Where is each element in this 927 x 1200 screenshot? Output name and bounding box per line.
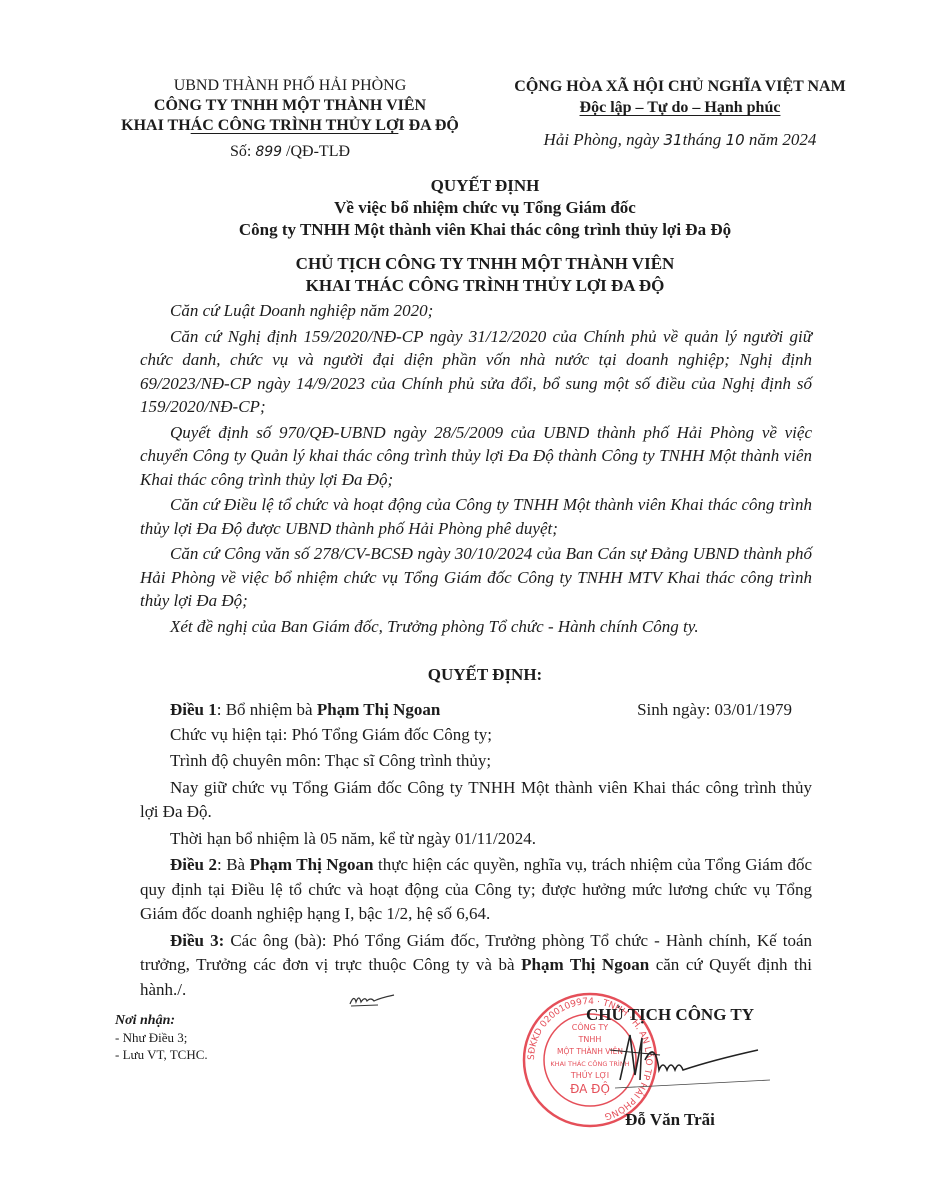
article-3-name: Phạm Thị Ngoan xyxy=(521,955,649,974)
company-name-line2-prefix: KHAI TH xyxy=(121,117,191,134)
issuing-organization-header: UBND THÀNH PHỐ HẢI PHÒNG CÔNG TY TNHH MỘ… xyxy=(90,76,490,162)
initials-mark-icon xyxy=(348,990,398,1010)
issuer-line2: KHAI THÁC CÔNG TRÌNH THỦY LỢI ĐA ĐỘ xyxy=(140,275,830,297)
article-2: Điều 2: Bà Phạm Thị Ngoan thực hiện các … xyxy=(140,853,812,927)
issuer-line1: CHỦ TỊCH CÔNG TY TNHH MỘT THÀNH VIÊN xyxy=(140,253,830,275)
document-title: QUYẾT ĐỊNH Về việc bổ nhiệm chức vụ Tổng… xyxy=(140,175,830,241)
company-name-line2-underlined: ÁC CÔNG TRÌNH THỦY LỢ xyxy=(191,117,399,134)
signer-title: CHỦ TỊCH CÔNG TY xyxy=(555,1005,785,1025)
document-number: Số: 899 /QĐ-TLĐ xyxy=(90,142,490,162)
legal-basis-item: Quyết định số 970/QĐ-UBND ngày 28/5/2009… xyxy=(140,421,812,492)
title-subject-line2: Công ty TNHH Một thành viên Khai thác cô… xyxy=(140,219,830,241)
date-month-label: tháng xyxy=(683,130,722,149)
current-position: Chức vụ hiện tại: Phó Tổng Giám đốc Công… xyxy=(140,723,812,748)
recipients-label: Nơi nhận: xyxy=(115,1012,208,1029)
title-subject-line1: Về việc bổ nhiệm chức vụ Tổng Giám đốc xyxy=(140,197,830,219)
company-name-line2: KHAI THÁC CÔNG TRÌNH THỦY LỢI ĐA ĐỘ xyxy=(90,116,490,136)
appointee-dob: Sinh ngày: 03/01/1979 xyxy=(637,698,812,723)
article-1-label: Điều 1 xyxy=(170,700,217,719)
company-name-line1: CÔNG TY TNHH MỘT THÀNH VIÊN xyxy=(90,96,490,116)
title-heading: QUYẾT ĐỊNH xyxy=(140,175,830,197)
article-2-label: Điều 2 xyxy=(170,855,217,874)
date-day: 31 xyxy=(663,131,682,149)
legal-basis-item: Căn cứ Điều lệ tổ chức và hoạt động của … xyxy=(140,493,812,540)
legal-basis-item: Xét đề nghị của Ban Giám đốc, Trưởng phò… xyxy=(140,615,812,639)
appointment-term: Thời hạn bổ nhiệm là 05 năm, kể từ ngày … xyxy=(140,827,812,852)
qualification: Trình độ chuyên môn: Thạc sĩ Công trình … xyxy=(140,749,812,774)
doc-number-label: Số: xyxy=(230,143,251,160)
doc-number-value: 899 xyxy=(255,144,282,160)
national-motto: Độc lập – Tự do – Hạnh phúc xyxy=(470,97,890,118)
svg-text:TNHH: TNHH xyxy=(578,1035,602,1044)
article-3: Điều 3: Các ông (bà): Phó Tổng Giám đốc,… xyxy=(140,929,812,1003)
decision-heading: QUYẾT ĐỊNH: xyxy=(140,665,830,685)
decision-articles: Điều 1: Bổ nhiệm bà Phạm Thị Ngoan Sinh … xyxy=(140,698,812,1004)
date-prefix: Hải Phòng, ngày xyxy=(544,130,660,149)
authority-name: UBND THÀNH PHỐ HẢI PHÒNG xyxy=(90,76,490,96)
appointee-name: Phạm Thị Ngoan xyxy=(317,700,440,719)
recipient-item: - Như Điều 3; xyxy=(115,1029,208,1046)
company-name-line2-suffix: I ĐA ĐỘ xyxy=(398,117,458,134)
appointment-statement: Nay giữ chức vụ Tổng Giám đốc Công ty TN… xyxy=(140,776,812,825)
legal-basis-section: Căn cứ Luật Doanh nghiệp năm 2020; Căn c… xyxy=(140,299,812,640)
signer-name: Đỗ Văn Trãi xyxy=(555,1110,785,1130)
legal-basis-item: Căn cứ Công văn số 278/CV-BCSĐ ngày 30/1… xyxy=(140,542,812,613)
date-month: 10 xyxy=(726,131,745,149)
issuer-title: CHỦ TỊCH CÔNG TY TNHH MỘT THÀNH VIÊN KHA… xyxy=(140,253,830,297)
article-1-text: : Bổ nhiệm bà xyxy=(217,700,317,719)
date-year: năm 2024 xyxy=(749,130,817,149)
signature-icon xyxy=(600,1030,780,1090)
doc-number-suffix: /QĐ-TLĐ xyxy=(286,143,350,160)
nation-name: CỘNG HÒA XÃ HỘI CHỦ NGHĨA VIỆT NAM xyxy=(470,76,890,97)
document-date: Hải Phòng, ngày 31tháng 10 năm 2024 xyxy=(470,129,890,151)
recipients-list: Nơi nhận: - Như Điều 3; - Lưu VT, TCHC. xyxy=(115,1012,208,1063)
article-3-label: Điều 3: xyxy=(170,931,224,950)
article-1-appointment: Điều 1: Bổ nhiệm bà Phạm Thị Ngoan xyxy=(170,698,440,723)
article-2-text-a: : Bà xyxy=(217,855,250,874)
article-1-header: Điều 1: Bổ nhiệm bà Phạm Thị Ngoan Sinh … xyxy=(140,698,812,723)
legal-basis-item: Căn cứ Luật Doanh nghiệp năm 2020; xyxy=(140,299,812,323)
legal-basis-item: Căn cứ Nghị định 159/2020/NĐ-CP ngày 31/… xyxy=(140,325,812,419)
recipient-item: - Lưu VT, TCHC. xyxy=(115,1046,208,1063)
national-header: CỘNG HÒA XÃ HỘI CHỦ NGHĨA VIỆT NAM Độc l… xyxy=(470,76,890,151)
article-2-name: Phạm Thị Ngoan xyxy=(250,855,374,874)
